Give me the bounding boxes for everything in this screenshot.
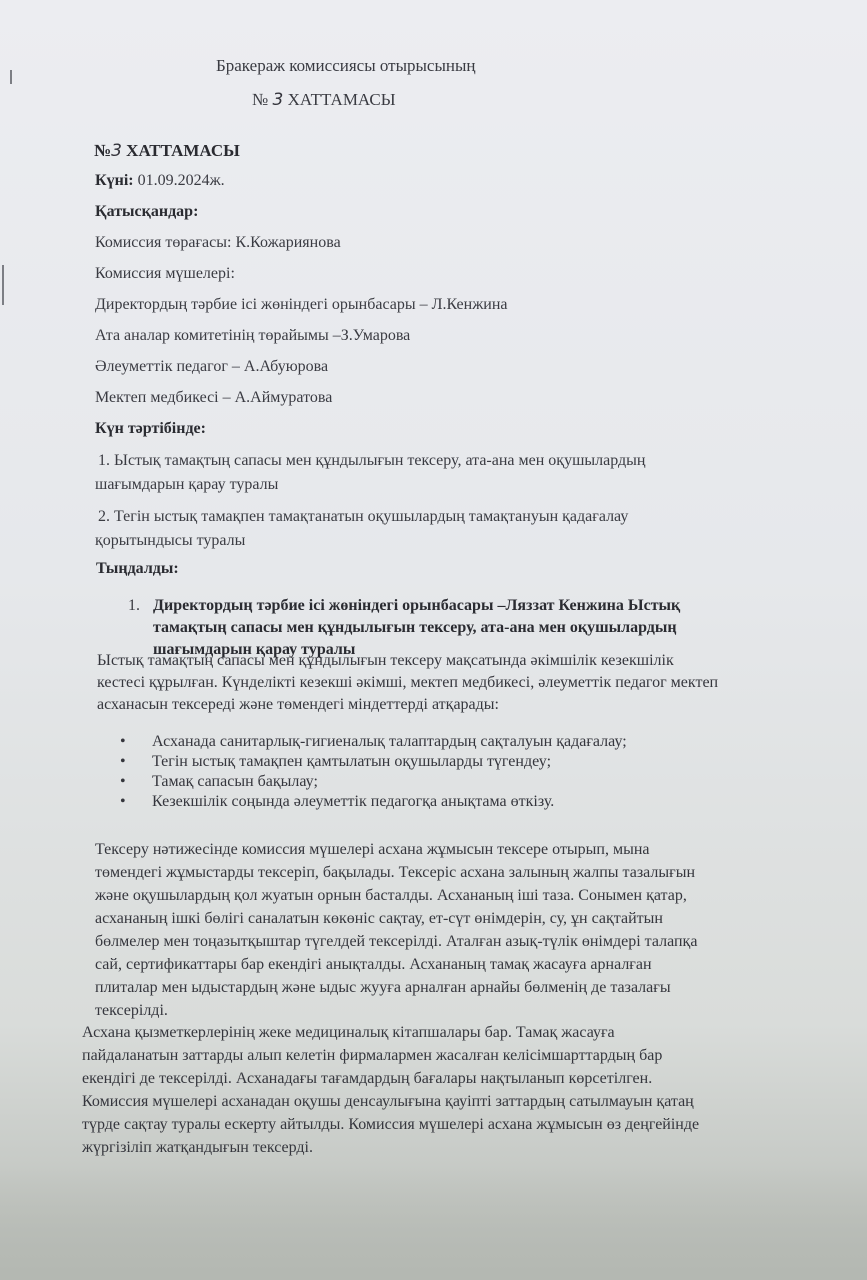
paragraph-line: бөлмелер мен тоңазытқыштар түгелдей текс… bbox=[95, 930, 697, 953]
heard-item-number: 1. bbox=[128, 597, 140, 615]
paragraph-3: Асхана қызметкерлерінің жеке медициналық… bbox=[82, 1021, 699, 1159]
paper-edge-mark bbox=[2, 265, 4, 305]
paragraph-line: Ыстық тамақтың сапасы мен құндылығын тек… bbox=[97, 650, 718, 672]
section-title: №3 ХАТТАМАСЫ bbox=[94, 142, 240, 160]
paragraph-line: сай, сертификаттары бар екендігі анықтал… bbox=[95, 953, 697, 976]
paragraph-2: Тексеру нәтижесінде комиссия мүшелері ас… bbox=[95, 838, 697, 1022]
heard-label: Тыңдалды: bbox=[96, 560, 179, 578]
paragraph-line: пайдаланатын заттарды алып келетін фирма… bbox=[82, 1044, 699, 1067]
paragraph-line: жүргізіліп жатқандығын тексерді. bbox=[82, 1136, 699, 1159]
bullet-icon: • bbox=[120, 752, 126, 772]
header-title: № 3 ХАТТАМАСЫ bbox=[252, 90, 396, 110]
participant-line: Мектеп медбикесі – А.Аймуратова bbox=[95, 389, 332, 407]
participant-line: Әлеуметтік педагог – А.Абуюрова bbox=[95, 358, 328, 376]
duty-list: •Асханада санитарлық-гигиеналық талаптар… bbox=[120, 732, 627, 812]
date-line: Күні: 01.09.2024ж. bbox=[95, 172, 225, 190]
bullet-icon: • bbox=[120, 732, 126, 752]
paragraph-line: Тексеру нәтижесінде комиссия мүшелері ас… bbox=[95, 838, 697, 861]
list-item: •Асханада санитарлық-гигиеналық талаптар… bbox=[120, 732, 627, 752]
list-item: •Тегін ыстық тамақпен қамтылатын оқушыла… bbox=[120, 752, 627, 772]
paragraph-line: асханасын тексереді және төмендегі мінде… bbox=[97, 694, 718, 716]
bullet-icon: • bbox=[120, 792, 126, 812]
paragraph-line: асхананың ішкі бөлігі саналатын көкөніс … bbox=[95, 907, 697, 930]
paragraph-line: екендігі де тексерілді. Асханадағы тағам… bbox=[82, 1067, 699, 1090]
handwritten-number: 3 bbox=[272, 90, 283, 110]
paragraph-line: Асхана қызметкерлерінің жеке медициналық… bbox=[82, 1021, 699, 1044]
agenda-item-2-line-2: қорытындысы туралы bbox=[95, 532, 245, 550]
paper-edge-mark bbox=[10, 70, 12, 84]
agenda-item-1-line-1: 1. Ыстық тамақтың сапасы мен құндылығын … bbox=[98, 452, 645, 470]
paragraph-line: Комиссия мүшелері асханадан оқушы денсау… bbox=[82, 1090, 699, 1113]
paragraph-line: төмендегі жұмыстарды тексеріп, бақылады.… bbox=[95, 861, 697, 884]
header-line: Бракераж комиссиясы отырысының bbox=[216, 56, 476, 76]
list-item: •Кезекшілік соңында әлеуметтік педагогқа… bbox=[120, 792, 627, 812]
list-item: •Тамақ сапасын бақылау; bbox=[120, 772, 627, 792]
bullet-icon: • bbox=[120, 772, 126, 792]
paragraph-line: кестесі құрылған. Күнделікті кезекші әкі… bbox=[97, 672, 718, 694]
paragraph-line: түрде сақтау туралы ескерту айтылды. Ком… bbox=[82, 1113, 699, 1136]
date-label: Күні: bbox=[95, 172, 134, 189]
agenda-label: Күн тәртібінде: bbox=[95, 420, 206, 438]
paragraph-1: Ыстық тамақтың сапасы мен құндылығын тек… bbox=[97, 647, 718, 716]
page-bottom-shadow bbox=[0, 1165, 867, 1280]
participant-line: Комиссия төрағасы: К.Кожариянова bbox=[95, 234, 341, 252]
participant-line: Комиссия мүшелері: bbox=[95, 265, 235, 283]
date-value: 01.09.2024ж. bbox=[138, 172, 225, 189]
heard-item-line: Директордың тәрбие ісі жөніндегі орынбас… bbox=[153, 597, 680, 615]
paragraph-line: плиталар мен ыдыстардың және ыдыс жууға … bbox=[95, 976, 697, 999]
handwritten-number: 3 bbox=[111, 141, 122, 161]
agenda-item-1-line-2: шағымдарын қарау туралы bbox=[95, 476, 278, 494]
document-page: Бракераж комиссиясы отырысының № 3 ХАТТА… bbox=[0, 0, 867, 1280]
participant-line: Директордың тәрбие ісі жөніндегі орынбас… bbox=[95, 296, 508, 314]
agenda-item-2-line-1: 2. Тегін ыстық тамақпен тамақтанатын оқу… bbox=[98, 508, 628, 526]
paragraph-line: тексерілді. bbox=[95, 999, 697, 1022]
participant-line: Ата аналар комитетінің төрайымы –З.Умаро… bbox=[95, 327, 410, 345]
paragraph-line: және оқушылардың қол жуатын орнын бастал… bbox=[95, 884, 697, 907]
participants-label: Қатысқандар: bbox=[95, 203, 198, 221]
heard-item-line: тамақтың сапасы мен құндылығын тексеру, … bbox=[153, 619, 677, 637]
